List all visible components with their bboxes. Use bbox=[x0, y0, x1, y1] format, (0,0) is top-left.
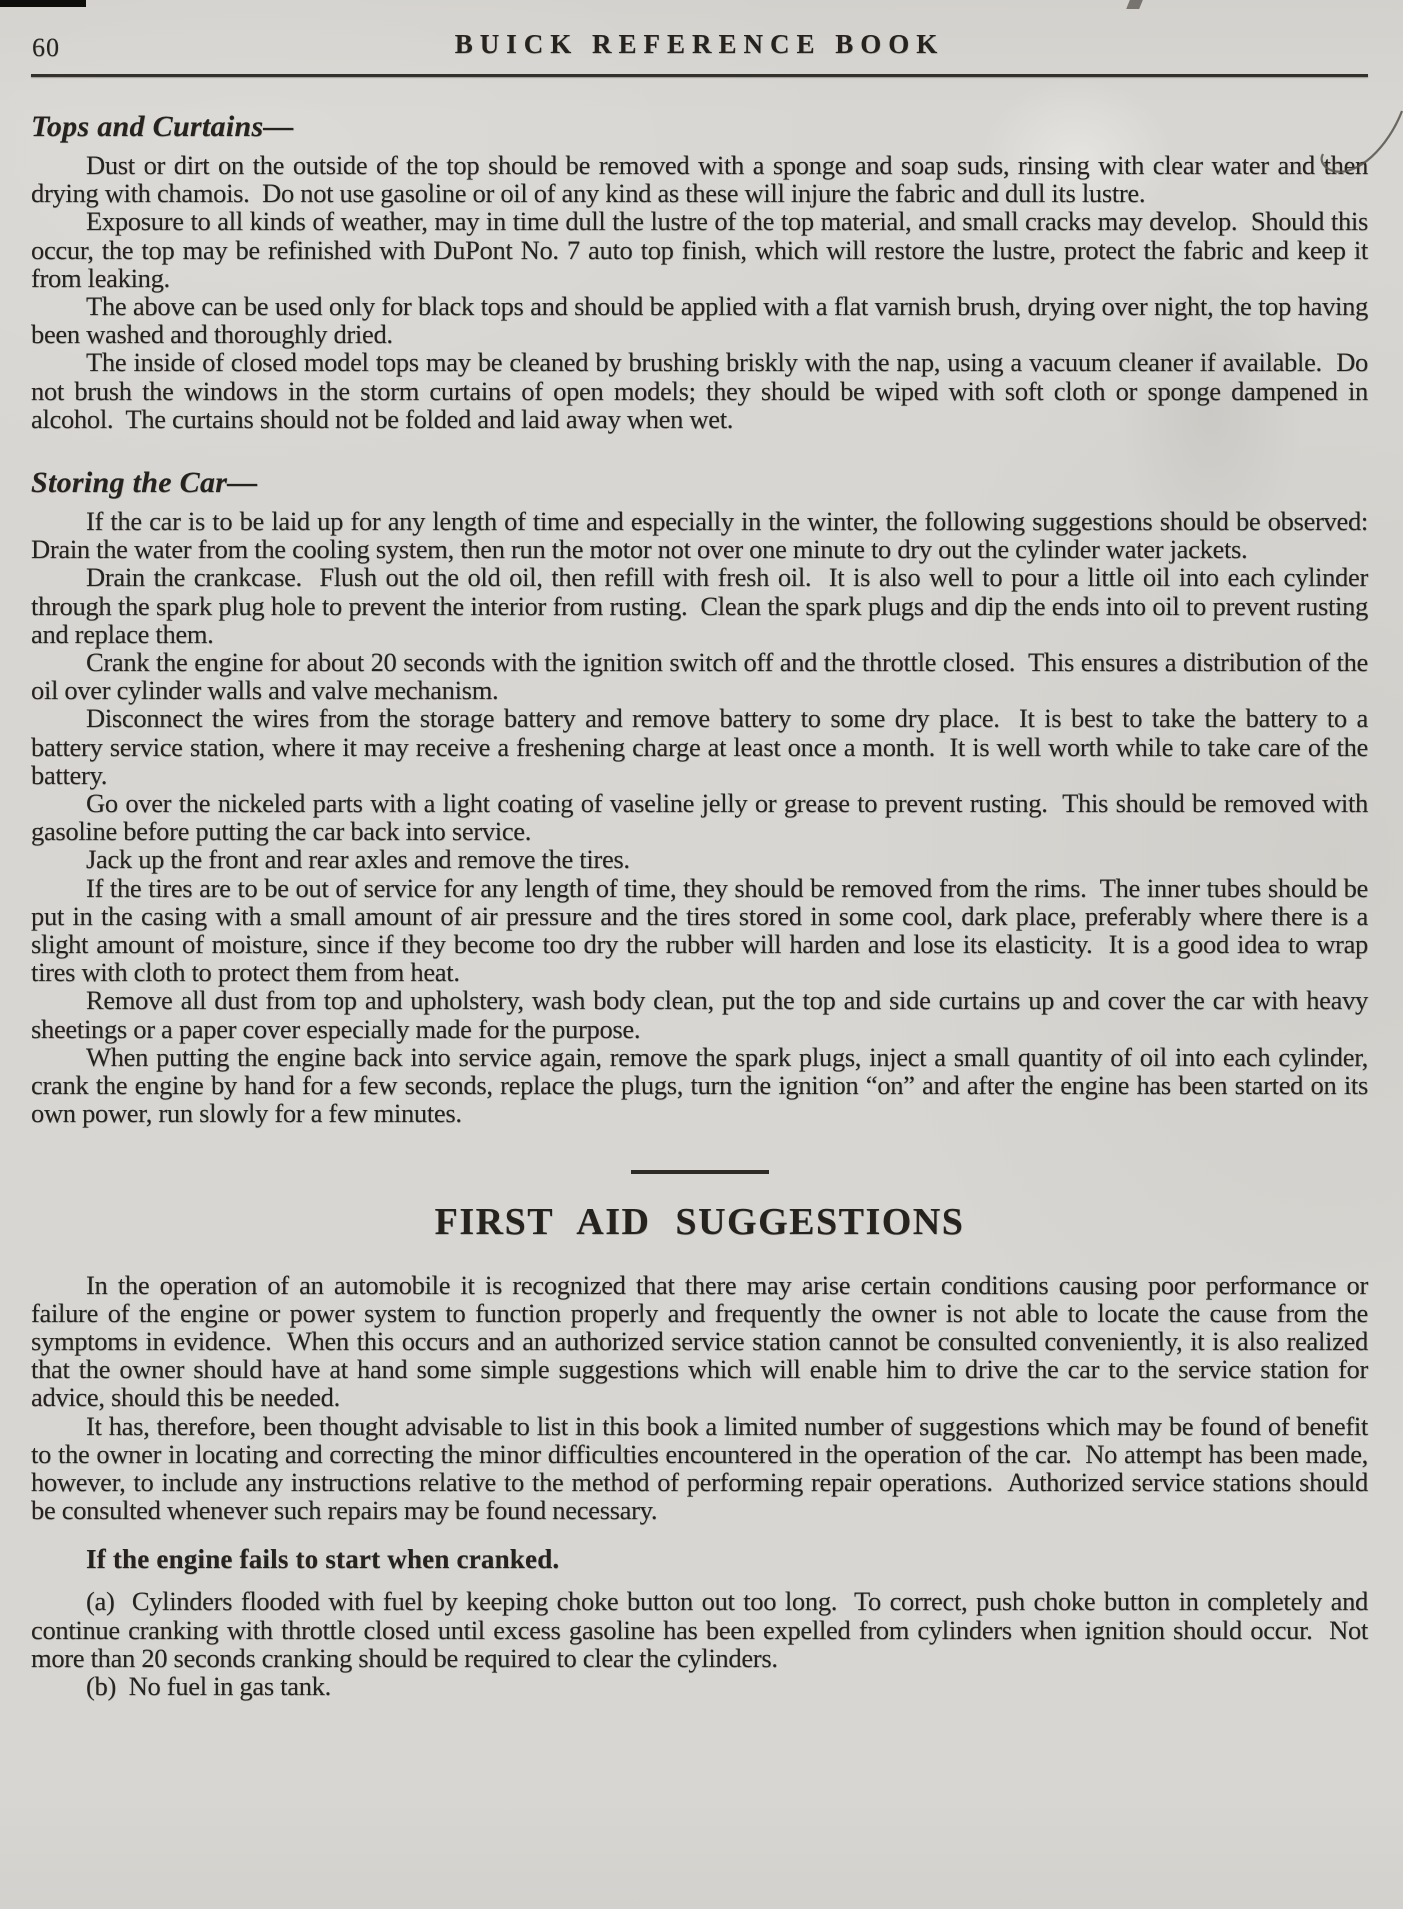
page-header: 60 BUICK REFERENCE BOOK bbox=[31, 24, 1368, 64]
paragraph: Go over the nickeled parts with a light … bbox=[31, 789, 1368, 845]
section-divider bbox=[631, 1170, 769, 1174]
paragraph: Drain the crankcase. Flush out the old o… bbox=[31, 563, 1368, 648]
paragraph-item-a: (a) Cylinders flooded with fuel by keepi… bbox=[31, 1587, 1368, 1672]
paragraph: The above can be used only for black top… bbox=[31, 292, 1368, 348]
paragraph: In the operation of an automobile it is … bbox=[31, 1271, 1368, 1412]
paragraph: It has, therefore, been thought advisabl… bbox=[31, 1412, 1368, 1525]
paragraph: Exposure to all kinds of weather, may in… bbox=[31, 207, 1368, 292]
paragraph: Disconnect the wires from the storage ba… bbox=[31, 704, 1368, 789]
paragraph: Remove all dust from top and upholstery,… bbox=[31, 986, 1368, 1042]
section-heading-storing-the-car: Storing the Car— bbox=[31, 466, 1368, 500]
sub-heading-engine-fails-to-start: If the engine fails to start when cranke… bbox=[86, 1544, 1368, 1575]
scanned-book-page: { "colors": { "paper": "#d8d6d2", "ink":… bbox=[0, 0, 1403, 1909]
first-aid-body: In the operation of an automobile it is … bbox=[31, 1271, 1368, 1701]
page-number: 60 bbox=[32, 33, 60, 63]
header-rule bbox=[31, 74, 1368, 77]
paragraph: If the car is to be laid up for any leng… bbox=[31, 507, 1368, 563]
section-heading-tops-and-curtains: Tops and Curtains— bbox=[31, 110, 1368, 144]
paragraph: Crank the engine for about 20 seconds wi… bbox=[31, 648, 1368, 704]
paragraph: Dust or dirt on the outside of the top s… bbox=[31, 151, 1368, 207]
main-heading-first-aid-suggestions: FIRST AID SUGGESTIONS bbox=[31, 1200, 1368, 1244]
scan-edge-artifact-top bbox=[0, 0, 86, 7]
paragraph: If the tires are to be out of service fo… bbox=[31, 874, 1368, 987]
scan-curve-mark bbox=[1298, 95, 1403, 195]
page-body: 60 BUICK REFERENCE BOOK Tops and Curtain… bbox=[0, 0, 1403, 1909]
book-title: BUICK REFERENCE BOOK bbox=[31, 24, 1368, 60]
paragraph: The inside of closed model tops may be c… bbox=[31, 348, 1368, 433]
paragraph-item-b: (b) No fuel in gas tank. bbox=[31, 1672, 1368, 1700]
paragraph: When putting the engine back into servic… bbox=[31, 1043, 1368, 1128]
paragraph: Jack up the front and rear axles and rem… bbox=[31, 845, 1368, 873]
